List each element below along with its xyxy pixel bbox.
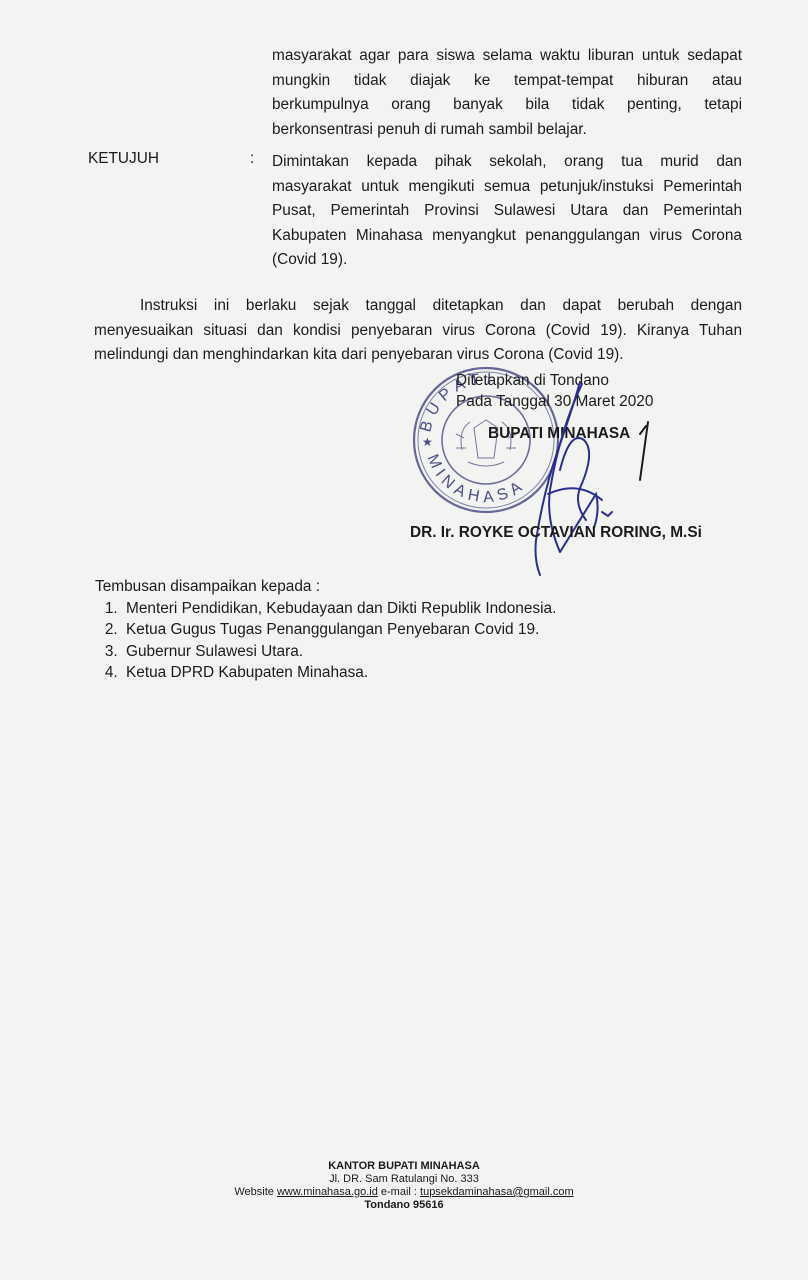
- cc-item: Ketua DPRD Kabupaten Minahasa.: [122, 662, 556, 684]
- cc-list: Menteri Pendidikan, Kebudayaan dan Dikti…: [95, 598, 556, 684]
- cc-heading: Tembusan disampaikan kepada :: [95, 576, 556, 598]
- cc-item: Menteri Pendidikan, Kebudayaan dan Dikti…: [122, 598, 556, 620]
- cc-item: Gubernur Sulawesi Utara.: [122, 641, 556, 663]
- office-address: Jl. DR. Sam Ratulangi No. 333: [0, 1173, 808, 1186]
- handwritten-signature-icon: [500, 370, 660, 580]
- signatory-name: DR. Ir. ROYKE OCTAVIAN RORING, M.Si: [410, 524, 702, 542]
- text-line: Kabupaten Minahasa menyangkut penanggula…: [272, 224, 742, 249]
- carbon-copy-section: Tembusan disampaikan kepada : Menteri Pe…: [95, 576, 556, 684]
- text-line: berkonsentrasi penuh di rumah sambil bel…: [272, 118, 742, 143]
- cc-item: Ketua Gugus Tugas Penanggulangan Penyeba…: [122, 619, 556, 641]
- contact-line: Website www.minahasa.go.id e-mail : tups…: [0, 1186, 808, 1199]
- text-line: masyarakat agar para siswa selama waktu …: [272, 44, 742, 69]
- document-page: masyarakat agar para siswa selama waktu …: [0, 0, 808, 1280]
- text-line: berkumpulnya orang banyak bila tidak pen…: [272, 93, 742, 118]
- text-line: menyesuaikan situasi dan kondisi penyeba…: [94, 319, 742, 344]
- svg-text:★: ★: [422, 435, 433, 449]
- office-city: Tondano 95616: [0, 1199, 808, 1212]
- closing-paragraph: Instruksi ini berlaku sejak tanggal dite…: [94, 294, 742, 368]
- text-line: (Covid 19).: [272, 248, 742, 273]
- email-label: e-mail :: [381, 1186, 417, 1198]
- clause-body: Dimintakan kepada pihak sekolah, orang t…: [272, 150, 742, 273]
- text-line: Instruksi ini berlaku sejak tanggal dite…: [94, 294, 742, 319]
- text-line: masyarakat untuk mengikuti semua petunju…: [272, 175, 742, 200]
- continuation-paragraph: masyarakat agar para siswa selama waktu …: [272, 44, 742, 142]
- text-line: Pusat, Pemerintah Provinsi Sulawesi Utar…: [272, 199, 742, 224]
- office-name: KANTOR BUPATI MINAHASA: [0, 1160, 808, 1173]
- text-line: mungkin tidak diajak ke tempat-tempat hi…: [272, 69, 742, 94]
- email-link[interactable]: tupsekdaminahasa@gmail.com: [420, 1186, 574, 1198]
- letterhead-footer: KANTOR BUPATI MINAHASA Jl. DR. Sam Ratul…: [0, 1160, 808, 1212]
- website-link[interactable]: www.minahasa.go.id: [277, 1186, 378, 1198]
- clause-label: KETUJUH: [88, 150, 159, 168]
- clause-colon: :: [250, 150, 254, 168]
- text-line: Dimintakan kepada pihak sekolah, orang t…: [272, 150, 742, 175]
- website-label: Website: [234, 1186, 274, 1198]
